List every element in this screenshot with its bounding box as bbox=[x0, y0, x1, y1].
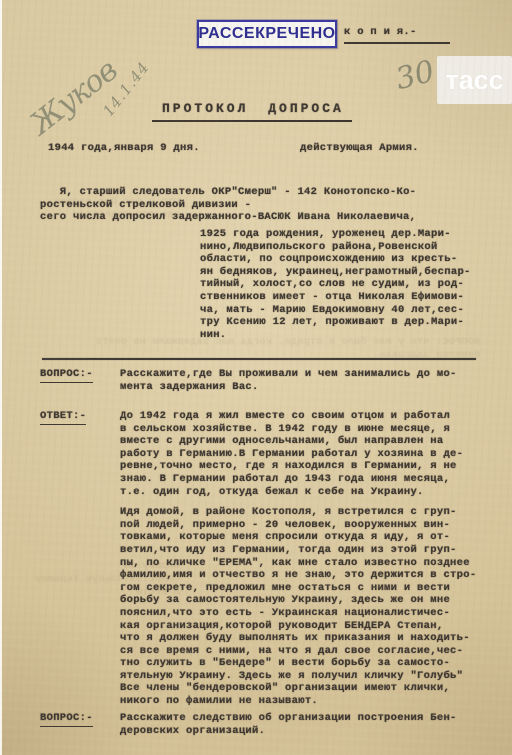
answer-paragraph-2: Идя домой, в районе Костополя, я встрети… bbox=[120, 506, 490, 708]
declassified-stamp: РАССЕКРЕЧЕНО bbox=[197, 20, 337, 48]
signature-handwritten: Жуков 14.1.44 bbox=[18, 52, 168, 152]
subject-details: 1925 года рождения, уроженец дер.Мари- н… bbox=[200, 228, 490, 341]
question-1-label: ВОПРОС:- bbox=[40, 368, 120, 393]
answer-label: ОТВЕТ:- bbox=[40, 410, 120, 708]
document-title: ПРОТОКОЛ ДОПРОСА bbox=[152, 103, 352, 122]
question-2-label: ВОПРОС:- bbox=[40, 712, 120, 737]
answer-paragraph-1: До 1942 года я жил вместе со своим отцом… bbox=[120, 410, 490, 498]
question-block-2: ВОПРОС:- Расскажите следствию об организ… bbox=[40, 712, 490, 737]
answer-block: ОТВЕТ:- До 1942 года я жил вместе со сво… bbox=[40, 410, 490, 708]
date-line: 1944 года,января 9 дня. bbox=[48, 142, 200, 155]
army-line: действующая Армия. bbox=[300, 142, 419, 155]
divider-line bbox=[42, 358, 476, 360]
question-2-text: Расскажите следствию об организации пост… bbox=[120, 712, 490, 737]
question-1-text: Расскажите,где Вы проживали и чем занима… bbox=[120, 368, 490, 393]
copy-label: к о п и я.- bbox=[344, 26, 450, 44]
tass-logo: тасс bbox=[437, 56, 512, 104]
scan-edge bbox=[0, 0, 2, 755]
answer-text: До 1942 года я жил вместе со своим отцом… bbox=[120, 410, 490, 708]
intro-paragraph: Я, старший следователь ОКР"Смерш" - 142 … bbox=[40, 186, 495, 224]
question-block-1: ВОПРОС:- Расскажите,где Вы проживали и ч… bbox=[40, 368, 490, 393]
